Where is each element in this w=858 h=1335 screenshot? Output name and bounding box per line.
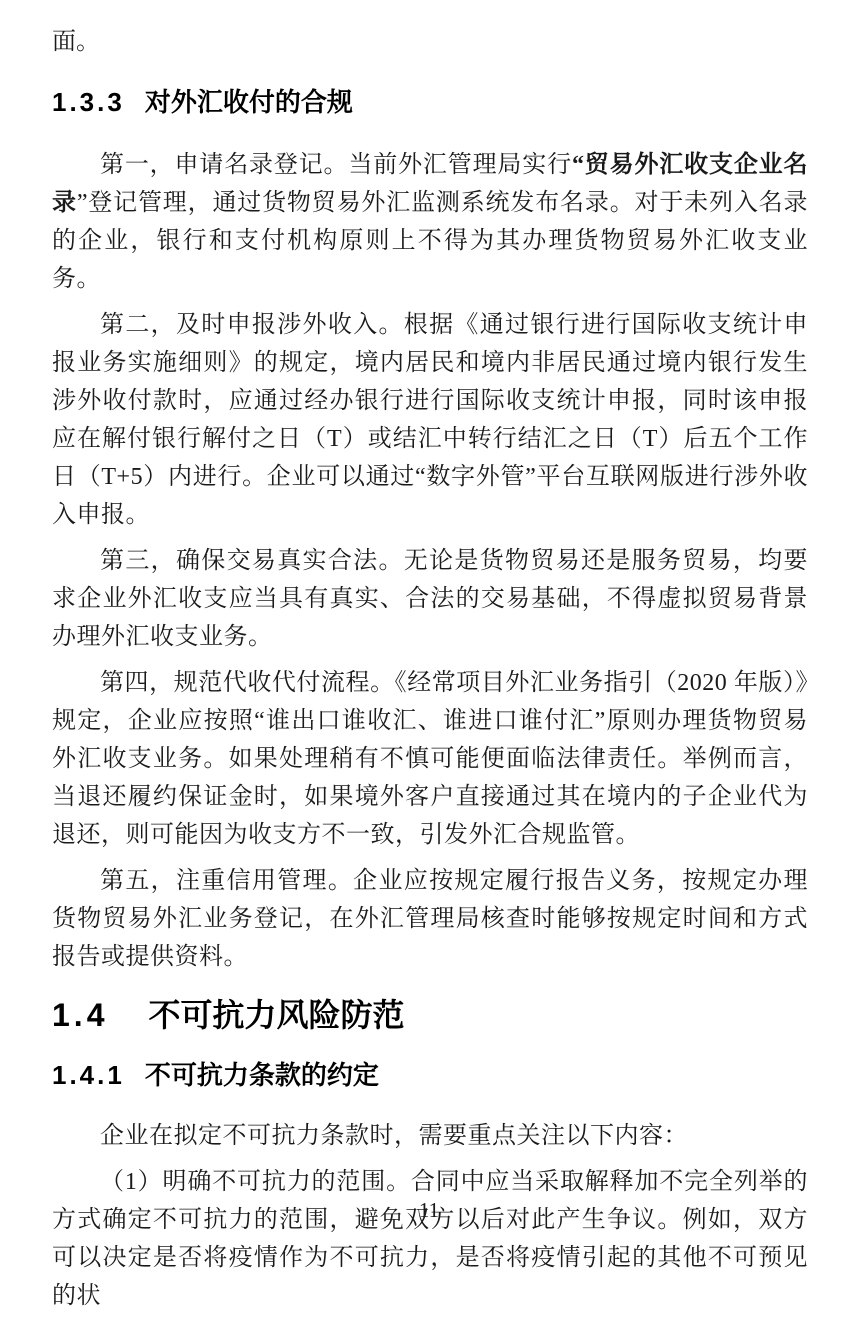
section-heading-1-3-3: 1.3.3对外汇收付的合规 — [52, 85, 808, 119]
page-number: 11 — [0, 1196, 858, 1224]
section-heading-1-4-1: 1.4.1不可抗力条款的约定 — [52, 1058, 808, 1092]
section-title: 对外汇收付的合规 — [145, 87, 353, 117]
document-page: 面。 1.3.3对外汇收付的合规 第一，申请名录登记。当前外汇管理局实行“贸易外… — [0, 0, 858, 1335]
body-paragraph-2: 第二，及时申报涉外收入。根据《通过银行进行国际收支统计申报业务实施细则》的规定，… — [52, 306, 808, 534]
chapter-number: 1.4 — [52, 997, 108, 1033]
body-paragraph-4: 第四，规范代收代付流程。《经常项目外汇业务指引（2020 年版）》规定，企业应按… — [52, 664, 808, 854]
paragraph-text: ”登记管理，通过货物贸易外汇监测系统发布名录。对于未列入名录的企业，银行和支付机… — [52, 190, 808, 292]
body-paragraph-7: （1）明确不可抗力的范围。合同中应当采取解释加不完全列举的方式确定不可抗力的范围… — [52, 1163, 808, 1315]
section-number: 1.3.3 — [52, 87, 125, 117]
section-number: 1.4.1 — [52, 1060, 125, 1090]
body-paragraph-3: 第三，确保交易真实合法。无论是货物贸易还是服务贸易，均要求企业外汇收支应当具有真… — [52, 542, 808, 656]
chapter-title: 不可抗力风险防范 — [148, 997, 404, 1033]
chapter-heading-1-4: 1.4不可抗力风险防范 — [52, 994, 808, 1036]
body-paragraph-6: 企业在拟定不可抗力条款时，需要重点关注以下内容： — [52, 1117, 808, 1155]
body-paragraph-5: 第五，注重信用管理。企业应按规定履行报告义务，按规定办理货物贸易外汇业务登记，在… — [52, 862, 808, 976]
paragraph-continuation: 面。 — [52, 23, 808, 61]
body-paragraph-1: 第一，申请名录登记。当前外汇管理局实行“贸易外汇收支企业名录”登记管理，通过货物… — [52, 146, 808, 298]
page-content: 面。 1.3.3对外汇收付的合规 第一，申请名录登记。当前外汇管理局实行“贸易外… — [52, 23, 808, 1323]
paragraph-text: 第一，申请名录登记。当前外汇管理局实行 — [100, 152, 572, 178]
section-title: 不可抗力条款的约定 — [145, 1060, 379, 1090]
